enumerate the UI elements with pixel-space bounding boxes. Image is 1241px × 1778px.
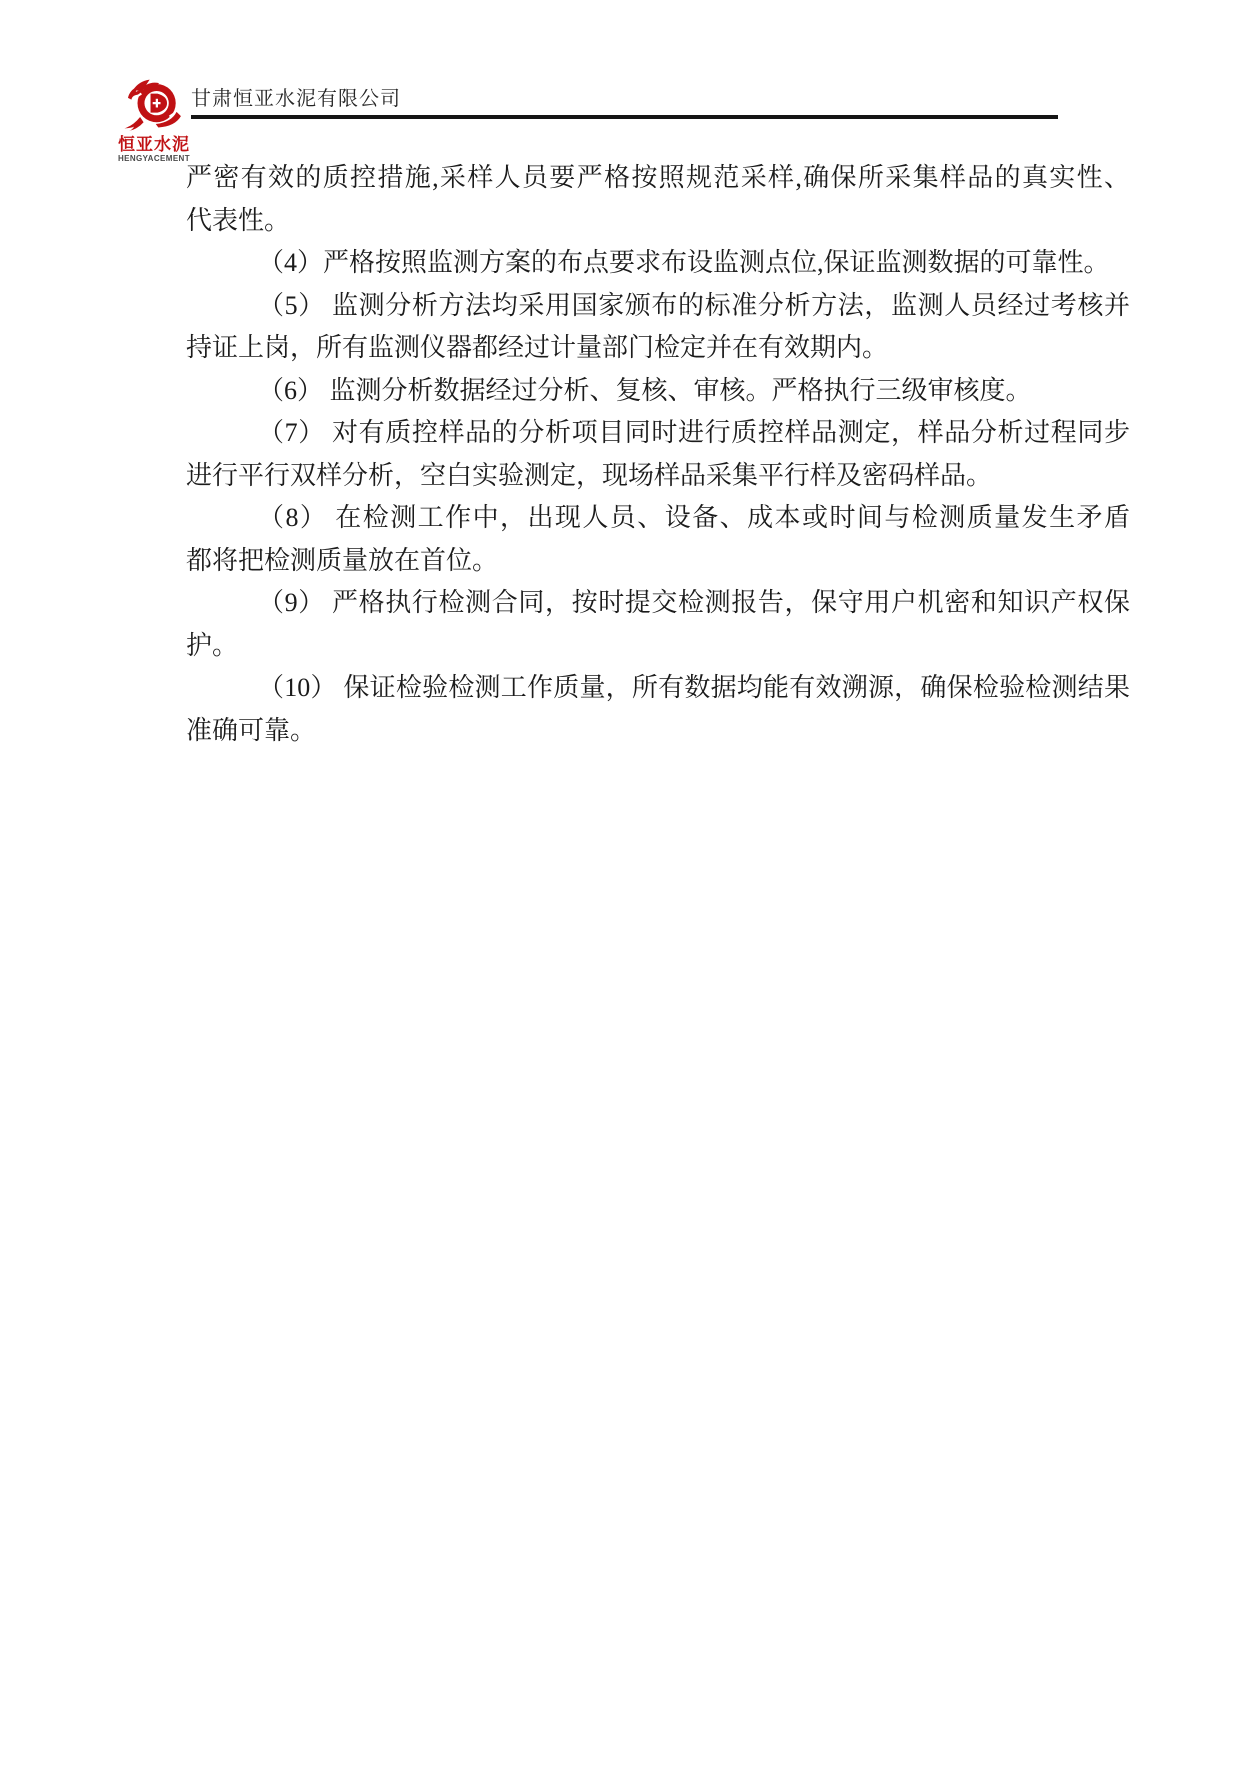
paragraph: （7） 对有质控样品的分析项目同时进行质控样品测定，样品分析过程同步 进行平行双… (186, 412, 1130, 497)
doc-line: 代表性。 (186, 200, 1130, 243)
doc-line: （7） 对有质控样品的分析项目同时进行质控样品测定，样品分析过程同步 (186, 412, 1130, 455)
document-page: 恒亚水泥 HENGYACEMENT 甘肃恒亚水泥有限公司 严密有效的质控措施,采… (0, 0, 1241, 1778)
doc-line: 准确可靠。 (186, 710, 1130, 753)
doc-line: （9） 严格执行检测合同，按时提交检测报告，保守用户机密和知识产权保 (186, 582, 1130, 625)
paragraph: （5） 监测分析方法均采用国家颁布的标准分析方法，监测人员经过考核并 持证上岗，… (186, 285, 1130, 370)
doc-line: （5） 监测分析方法均采用国家颁布的标准分析方法，监测人员经过考核并 (186, 285, 1130, 328)
company-name: 甘肃恒亚水泥有限公司 (191, 88, 401, 110)
paragraph: 严密有效的质控措施,采样人员要严格按照规范采样,确保所采集样品的真实性、 代表性… (186, 157, 1130, 242)
doc-line: 严密有效的质控措施,采样人员要严格按照规范采样,确保所采集样品的真实性、 (186, 157, 1130, 200)
document-body: 严密有效的质控措施,采样人员要严格按照规范采样,确保所采集样品的真实性、 代表性… (186, 157, 1130, 752)
paragraph: （9） 严格执行检测合同，按时提交检测报告，保守用户机密和知识产权保 护。 (186, 582, 1130, 667)
logo-name: 恒亚水泥 (100, 136, 208, 153)
header-rule (191, 115, 1058, 119)
paragraph: （6） 监测分析数据经过分析、复核、审核。严格执行三级审核度。 (186, 370, 1130, 413)
doc-line: 护。 (186, 625, 1130, 668)
paragraph: （8） 在检测工作中，出现人员、设备、成本或时间与检测质量发生矛盾时， 都将把检… (186, 497, 1130, 582)
doc-line: 都将把检测质量放在首位。 (186, 540, 1130, 583)
doc-line: 持证上岗，所有监测仪器都经过计量部门检定并在有效期内。 (186, 327, 1130, 370)
paragraph: （10） 保证检验检测工作质量，所有数据均能有效溯源，确保检验检测结果 准确可靠… (186, 667, 1130, 752)
doc-line: 进行平行双样分析，空白实验测定，现场样品采集平行样及密码样品。 (186, 455, 1130, 498)
doc-line: （6） 监测分析数据经过分析、复核、审核。严格执行三级审核度。 (186, 370, 1130, 413)
doc-line: （8） 在检测工作中，出现人员、设备、成本或时间与检测质量发生矛盾时， (186, 497, 1130, 540)
paragraph: （4）严格按照监测方案的布点要求布设监测点位,保证监测数据的可靠性。 (186, 242, 1130, 285)
company-logo-icon (121, 74, 187, 134)
doc-line: （10） 保证检验检测工作质量，所有数据均能有效溯源，确保检验检测结果 (186, 667, 1130, 710)
doc-line: （4）严格按照监测方案的布点要求布设监测点位,保证监测数据的可靠性。 (186, 242, 1130, 285)
